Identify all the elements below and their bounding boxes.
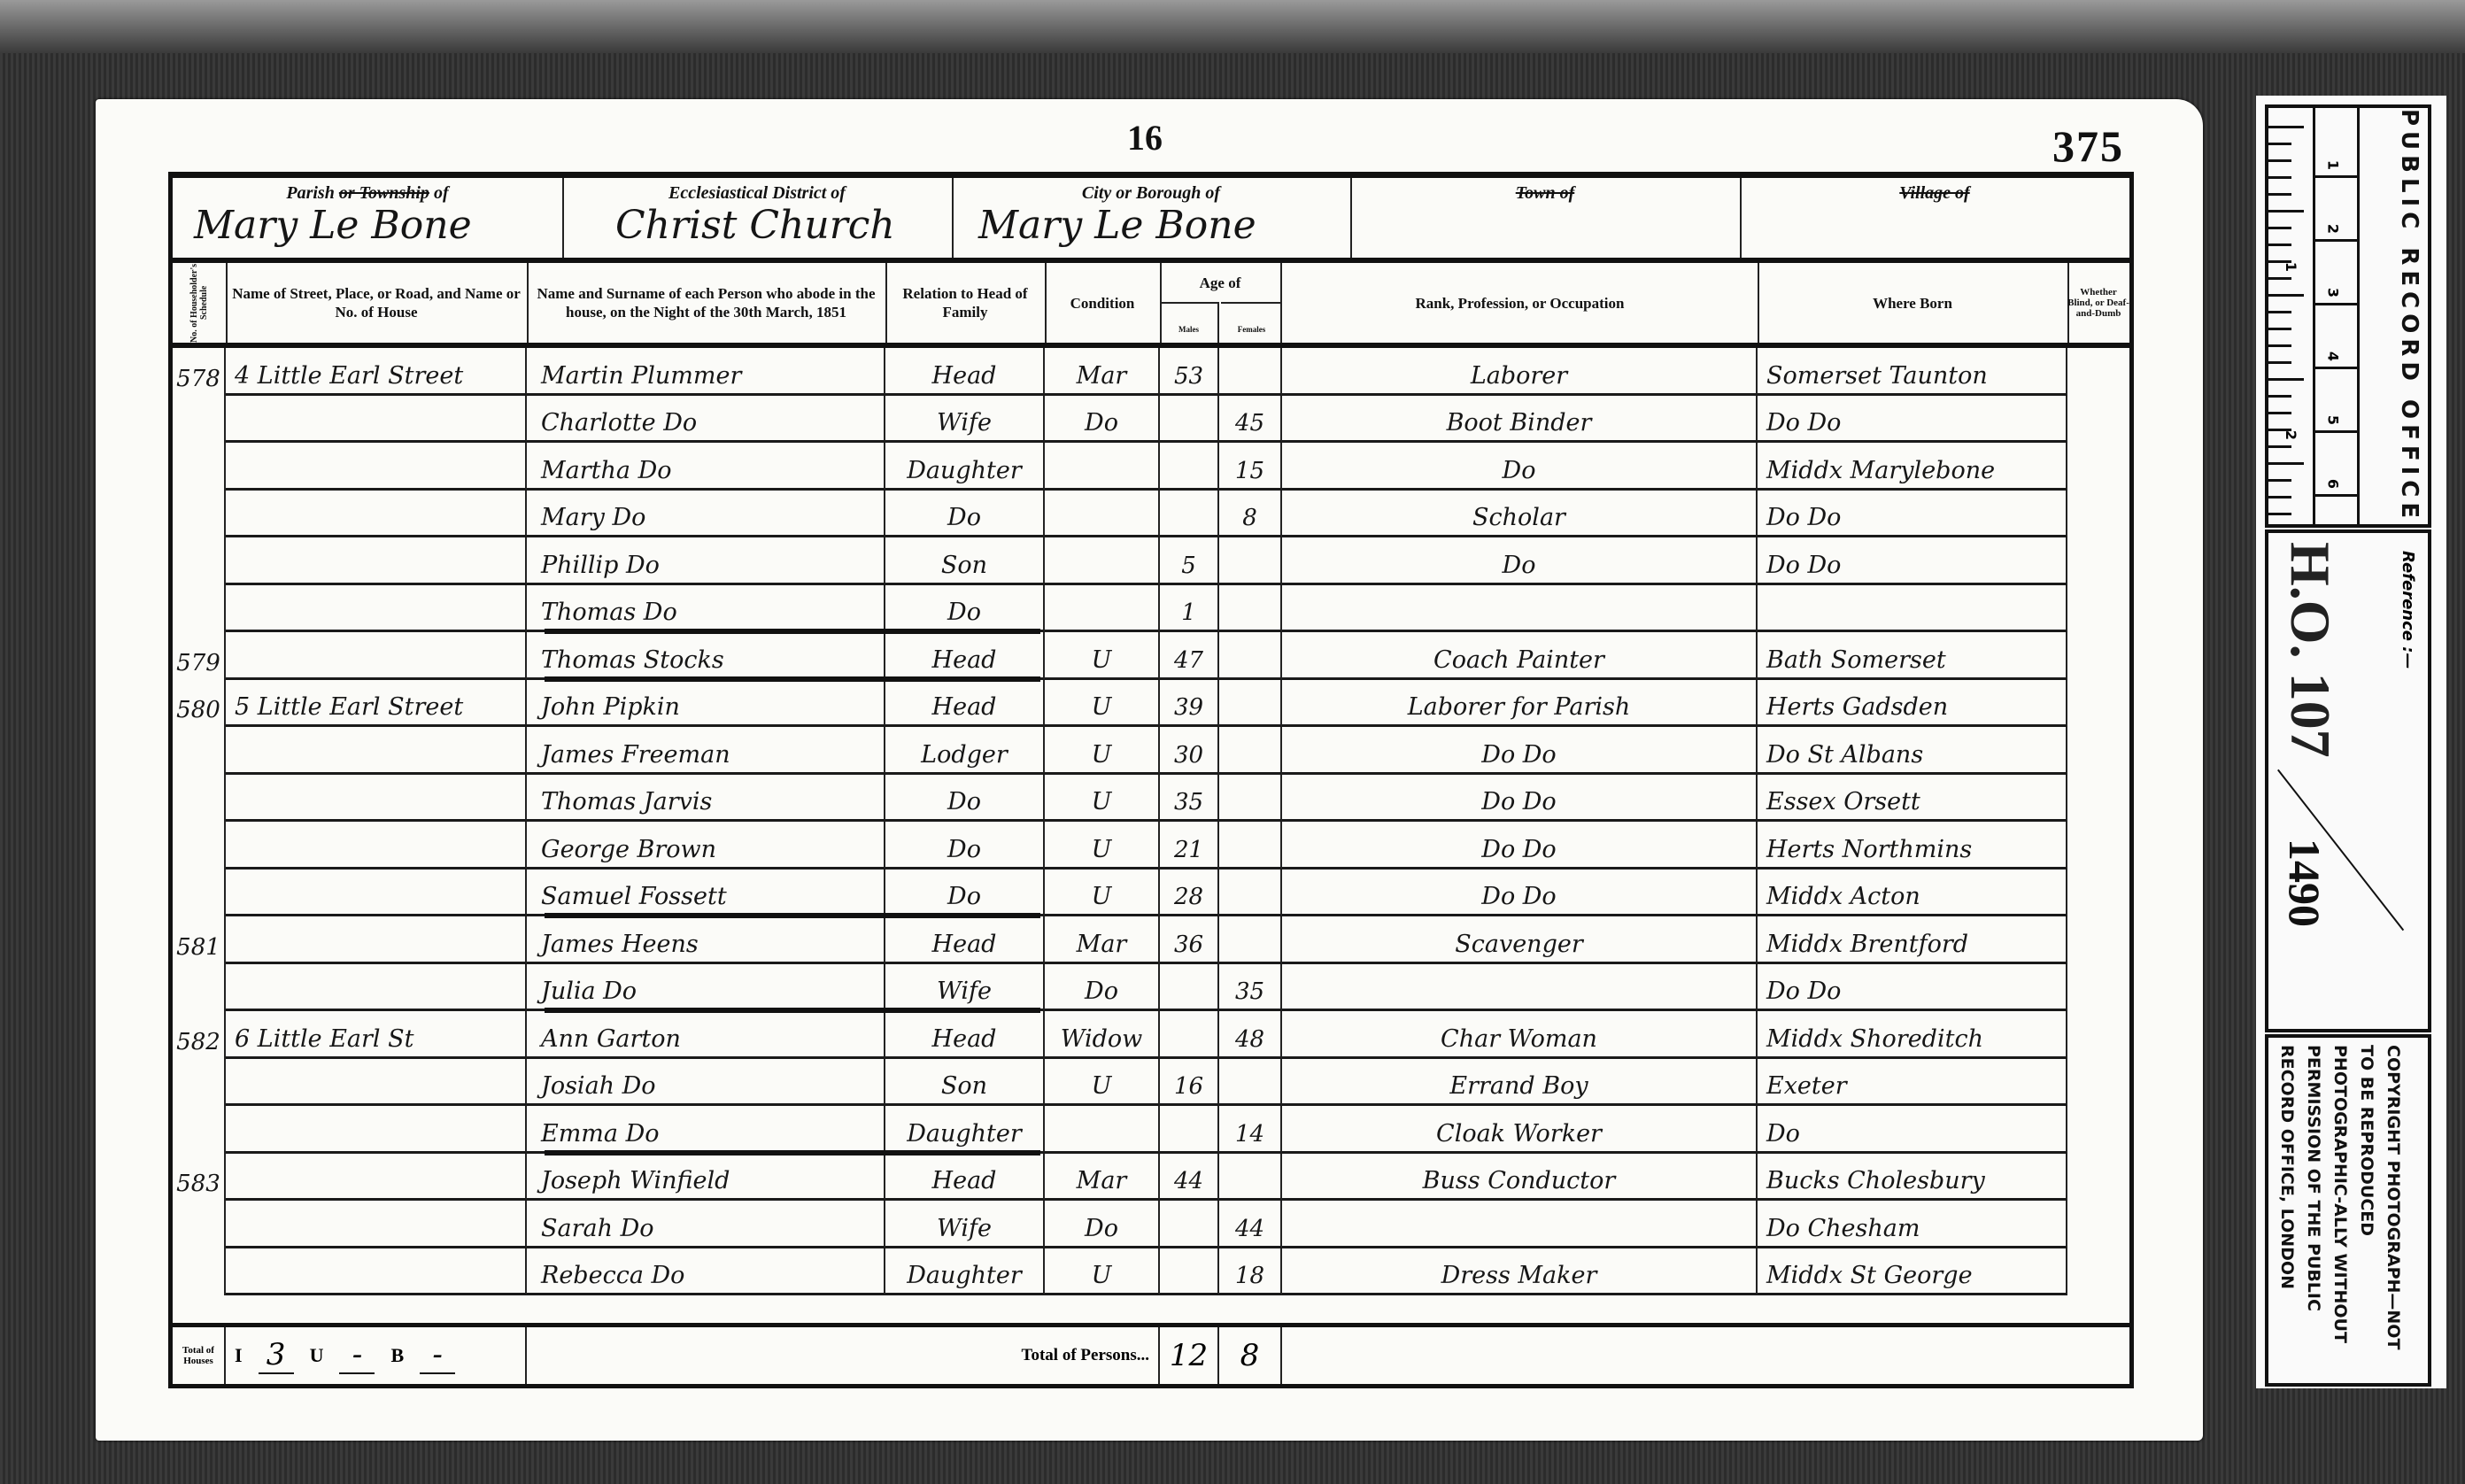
cm-mark: 5 [2325,407,2342,434]
cell-street [226,443,527,491]
printed-page-number: 16 [1127,117,1163,158]
total-houses-label: Total of Houses [173,1327,226,1384]
cell-street [226,396,527,444]
ruler-tick [2268,479,2291,482]
cell-occupation: Errand Boy [1282,1059,1758,1107]
cell-condition: U [1045,775,1160,823]
cell-age-f: 18 [1219,1248,1282,1296]
cell-age-m: 28 [1160,870,1219,917]
census-entries: 5784 Little Earl StreetMartin PlummerHea… [173,348,2129,1295]
cell-disability [2067,964,2129,1012]
cm-mark: 4 [2325,344,2342,370]
ruler-tick [2268,361,2291,364]
table-row: Mary DoDo8ScholarDo Do [173,491,2129,538]
cm-divider [2313,430,2357,433]
stamped-folio-number: 375 [2052,120,2124,172]
copyright-notice: COPYRIGHT PHOTOGRAPH—NOT TO BE REPRODUCE… [2265,1034,2431,1387]
cell-age-f: 48 [1219,1011,1282,1059]
cell-disability [2067,727,2129,775]
cell-relation: Daughter [885,1106,1045,1154]
table-row: Thomas JarvisDoU35Do DoEssex Orsett [173,775,2129,823]
cell-born: Essex Orsett [1758,775,2067,823]
cell-schedule [173,822,226,870]
cell-disability [2067,1106,2129,1154]
cell-age-m: 47 [1160,632,1219,680]
city-value: Mary Le Bone [978,203,1256,248]
cell-name: Samuel Fossett [527,870,885,917]
census-form: Parish or Township of Mary Le Bone Eccle… [168,172,2134,1388]
cell-occupation: Laborer [1282,348,1758,396]
cell-born: Bucks Cholesbury [1758,1154,2067,1202]
ruler-tick [2268,227,2291,229]
town-box: Town of [1350,178,1742,258]
cell-condition: Mar [1045,348,1160,396]
cell-name: Charlotte Do [527,396,885,444]
cell-disability [2067,1059,2129,1107]
col-born: Where Born [1758,263,2069,343]
col-schedule: No. of Householder's Schedule [173,263,228,343]
ruler-tick [2268,328,2291,330]
cell-relation: Daughter [885,1248,1045,1296]
cell-age-m: 36 [1160,916,1219,964]
cell-condition: U [1045,680,1160,728]
cell-born [1758,585,2067,633]
cell-name: Martin Plummer [527,348,885,396]
cell-name: Julia Do [527,964,885,1012]
cell-street [226,822,527,870]
total-males: 12 [1160,1327,1219,1384]
cell-born: Do Do [1758,491,2067,538]
cell-occupation [1282,585,1758,633]
cell-name: Martha Do [527,443,885,491]
cell-occupation: Do Do [1282,870,1758,917]
cell-age-f [1219,775,1282,823]
cell-street [226,870,527,917]
cell-age-f [1219,348,1282,396]
cell-disability [2067,443,2129,491]
cell-relation: Do [885,822,1045,870]
cell-relation: Lodger [885,727,1045,775]
cm-divider [2313,303,2357,305]
cell-name: Thomas Do [527,585,885,633]
cell-born: Do [1758,1106,2067,1154]
cell-age-f: 15 [1219,443,1282,491]
cm-mark: 1 [2325,152,2342,179]
cell-condition [1045,443,1160,491]
cell-age-f [1219,916,1282,964]
cell-relation: Wife [885,1201,1045,1248]
cell-name: George Brown [527,822,885,870]
cell-born: Do Do [1758,964,2067,1012]
cell-age-m [1160,396,1219,444]
cell-relation: Head [885,632,1045,680]
cell-condition: U [1045,727,1160,775]
cell-street [226,537,527,585]
cell-disability [2067,916,2129,964]
col-age-females: Females [1221,302,1282,343]
cell-schedule [173,1106,226,1154]
cell-born: Exeter [1758,1059,2067,1107]
cm-mark: 2 [2325,216,2342,243]
table-row: 583Joseph WinfieldHeadMar44Buss Conducto… [173,1154,2129,1202]
cm-divider [2313,239,2357,242]
inhabited-label: I [235,1344,243,1367]
cell-age-m: 35 [1160,775,1219,823]
totals-row: Total of Houses I 3 U - B - Total of Per… [173,1323,2129,1384]
ruler-tick [2268,126,2304,128]
cell-born: Somerset Taunton [1758,348,2067,396]
cell-relation: Head [885,916,1045,964]
table-row: Thomas DoDo1 [173,585,2129,633]
cell-condition: Do [1045,964,1160,1012]
table-row: 579Thomas StocksHeadU47Coach PainterBath… [173,632,2129,680]
ruler-tick [2268,496,2291,499]
cell-street: 5 Little Earl Street [226,680,527,728]
district-header: Parish or Township of Mary Le Bone Eccle… [173,178,2129,263]
cell-name: John Pipkin [527,680,885,728]
cell-disability [2067,348,2129,396]
cell-street [226,916,527,964]
cell-street [226,1059,527,1107]
reference-box: Reference :— H.O. 107 1490 [2265,529,2431,1032]
cell-age-f: 8 [1219,491,1282,538]
cell-schedule [173,727,226,775]
total-houses: I 3 U - B - [226,1327,527,1384]
cell-born: Herts Gadsden [1758,680,2067,728]
total-females: 8 [1219,1327,1282,1384]
ruler-tick [2268,193,2291,196]
cell-disability [2067,632,2129,680]
scale-ruler: PUBLIC RECORD OFFICE 12345612 [2265,104,2431,528]
parish-value: Mary Le Bone [194,203,472,248]
ruler-tick [2268,243,2291,246]
table-row: Phillip DoSon5DoDo Do [173,537,2129,585]
cell-occupation: Scholar [1282,491,1758,538]
ruler-tick [2268,176,2291,179]
cell-age-m: 30 [1160,727,1219,775]
ecclesiastical-box: Ecclesiastical District of Christ Church [562,178,954,258]
cell-age-f [1219,537,1282,585]
cell-schedule: 583 [173,1154,226,1202]
cell-street [226,585,527,633]
household-separator [545,676,1040,682]
cell-disability [2067,396,2129,444]
cell-schedule [173,964,226,1012]
cell-age-m: 39 [1160,680,1219,728]
cell-condition: Mar [1045,916,1160,964]
cell-relation: Son [885,1059,1045,1107]
cell-condition: U [1045,822,1160,870]
col-street: Name of Street, Place, or Road, and Name… [226,263,529,343]
cell-name: Josiah Do [527,1059,885,1107]
ruler-tick [2268,311,2291,313]
cell-street [226,491,527,538]
col-age: Age of Males Females [1160,263,1282,343]
ruler-tick [2268,294,2304,297]
table-row: Samuel FossettDoU28Do DoMiddx Acton [173,870,2129,917]
cell-schedule: 581 [173,916,226,964]
table-row: Martha DoDaughter15DoMiddx Marylebone [173,443,2129,491]
cell-disability [2067,1154,2129,1202]
cell-age-f [1219,632,1282,680]
table-row: Julia DoWifeDo35Do Do [173,964,2129,1012]
cell-born: Do St Albans [1758,727,2067,775]
record-office-title: PUBLIC RECORD OFFICE [2396,108,2422,524]
cell-age-f [1219,1154,1282,1202]
cell-schedule [173,396,226,444]
cell-street: 4 Little Earl Street [226,348,527,396]
cell-age-f [1219,870,1282,917]
cell-born: Do Do [1758,537,2067,585]
cell-schedule: 579 [173,632,226,680]
cell-name: Thomas Stocks [527,632,885,680]
cell-condition: Do [1045,396,1160,444]
cell-schedule [173,1059,226,1107]
ruler-tick [2268,378,2304,381]
copyright-text: COPYRIGHT PHOTOGRAPH—NOT TO BE REPRODUCE… [2274,1045,2407,1372]
cell-age-f: 44 [1219,1201,1282,1248]
cell-age-f: 45 [1219,396,1282,444]
cell-age-m [1160,964,1219,1012]
cell-name: Phillip Do [527,537,885,585]
ecclesiastical-label: Ecclesiastical District of [562,183,952,204]
cell-age-m: 44 [1160,1154,1219,1202]
cell-name: Sarah Do [527,1201,885,1248]
cell-disability [2067,870,2129,917]
cell-born: Middx St George [1758,1248,2067,1296]
reference-label: Reference :— [2399,551,2417,669]
cell-schedule [173,537,226,585]
cell-relation: Do [885,491,1045,538]
ruler-tick [2268,143,2291,145]
village-box: Village of [1740,178,2129,258]
city-box: City or Borough of Mary Le Bone [952,178,1352,258]
table-row: George BrownDoU21Do DoHerts Northmins [173,822,2129,870]
cell-age-m: 5 [1160,537,1219,585]
ruler-tick [2268,412,2291,414]
cell-age-f [1219,727,1282,775]
cell-street [226,1154,527,1202]
cell-condition: Widow [1045,1011,1160,1059]
cell-age-m [1160,1011,1219,1059]
cell-schedule: 582 [173,1011,226,1059]
scan-background [0,0,2465,53]
ruler-tick [2268,344,2291,347]
village-label: Village of [1740,183,2129,204]
cell-age-m [1160,1248,1219,1296]
cell-disability [2067,537,2129,585]
col-disability: Whether Blind, or Deaf-and-Dumb [2067,263,2129,343]
cell-occupation: Coach Painter [1282,632,1758,680]
cell-name: James Freeman [527,727,885,775]
cell-occupation: Do Do [1282,822,1758,870]
col-name: Name and Surname of each Person who abod… [527,263,887,343]
cell-age-m [1160,491,1219,538]
household-separator [545,1150,1040,1156]
cell-condition: U [1045,1059,1160,1107]
cell-street [226,1201,527,1248]
cell-age-f [1219,1059,1282,1107]
cell-schedule [173,585,226,633]
cell-occupation: Char Woman [1282,1011,1758,1059]
cell-name: Emma Do [527,1106,885,1154]
col-occupation: Rank, Profession, or Occupation [1282,263,1759,343]
cell-disability [2067,775,2129,823]
table-row: Charlotte DoWifeDo45Boot BinderDo Do [173,396,2129,444]
cell-age-m: 1 [1160,585,1219,633]
inch-mark: 2 [2283,430,2299,440]
cm-mark: 3 [2325,280,2342,306]
cell-age-m [1160,1201,1219,1248]
cell-relation: Do [885,775,1045,823]
cell-condition [1045,1106,1160,1154]
cell-name: Mary Do [527,491,885,538]
col-condition: Condition [1045,263,1162,343]
uninhabited-value: - [339,1337,375,1374]
cell-disability [2067,585,2129,633]
cell-condition: Do [1045,1201,1160,1248]
cell-born: Herts Northmins [1758,822,2067,870]
cell-occupation: Laborer for Parish [1282,680,1758,728]
cm-divider [2313,367,2357,369]
cell-relation: Wife [885,964,1045,1012]
cm-divider [2313,494,2357,497]
cell-schedule: 578 [173,348,226,396]
cell-age-f [1219,822,1282,870]
table-row: James FreemanLodgerU30Do DoDo St Albans [173,727,2129,775]
cell-occupation: Scavenger [1282,916,1758,964]
cell-age-m: 53 [1160,348,1219,396]
cell-disability [2067,822,2129,870]
ruler-tick [2268,159,2291,162]
cell-age-f: 14 [1219,1106,1282,1154]
cell-disability [2067,680,2129,728]
cell-schedule [173,775,226,823]
cell-name: Ann Garton [527,1011,885,1059]
cell-occupation: Do [1282,537,1758,585]
parish-label: Parish or Township of [173,183,562,204]
cell-street: 6 Little Earl St [226,1011,527,1059]
cell-occupation: Do Do [1282,775,1758,823]
cell-age-m: 21 [1160,822,1219,870]
cell-relation: Daughter [885,443,1045,491]
cell-occupation: Cloak Worker [1282,1106,1758,1154]
cell-schedule [173,443,226,491]
reference-strip: PUBLIC RECORD OFFICE 12345612 Reference … [2256,96,2446,1388]
column-headers: No. of Householder's Schedule Name of St… [173,263,2129,348]
household-separator [545,913,1040,918]
total-persons-label: Total of Persons... [527,1327,1160,1384]
cell-name: James Heens [527,916,885,964]
cell-relation: Do [885,870,1045,917]
ecclesiastical-value: Christ Church [615,203,895,248]
cell-occupation: Boot Binder [1282,396,1758,444]
cell-disability [2067,1248,2129,1296]
census-page: 16 375 Parish or Township of Mary Le Bon… [96,99,2203,1441]
cell-name: Joseph Winfield [527,1154,885,1202]
cell-disability [2067,1201,2129,1248]
cell-street [226,1106,527,1154]
cell-schedule: 580 [173,680,226,728]
table-row: 5826 Little Earl StAnn GartonHeadWidow48… [173,1011,2129,1059]
building-label: B [390,1344,404,1367]
cell-schedule [173,870,226,917]
cell-street [226,775,527,823]
cell-schedule [173,491,226,538]
cell-age-f [1219,585,1282,633]
cell-age-f: 35 [1219,964,1282,1012]
household-separator [545,629,1040,634]
cell-relation: Wife [885,396,1045,444]
cell-schedule [173,1201,226,1248]
cell-name: Thomas Jarvis [527,775,885,823]
cell-condition [1045,537,1160,585]
cell-age-m [1160,443,1219,491]
cell-born: Bath Somerset [1758,632,2067,680]
ruler-tick [2268,462,2304,465]
cell-relation: Head [885,1154,1045,1202]
cell-relation: Do [885,585,1045,633]
table-row: Emma DoDaughter14Cloak WorkerDo [173,1106,2129,1154]
cell-street [226,727,527,775]
cm-divider [2313,175,2357,178]
cell-condition: U [1045,870,1160,917]
cell-occupation: Dress Maker [1282,1248,1758,1296]
ruler-tick [2268,277,2291,280]
table-row: 5805 Little Earl StreetJohn PipkinHeadU3… [173,680,2129,728]
cell-street [226,1248,527,1296]
cell-relation: Head [885,1011,1045,1059]
cell-occupation [1282,1201,1758,1248]
cell-age-m: 16 [1160,1059,1219,1107]
cell-occupation: Do Do [1282,727,1758,775]
cell-age-m [1160,1106,1219,1154]
household-separator [545,1008,1040,1013]
cell-relation: Head [885,348,1045,396]
town-label: Town of [1350,183,1740,204]
cell-relation: Head [885,680,1045,728]
cell-condition: U [1045,632,1160,680]
cell-condition: Mar [1045,1154,1160,1202]
cell-disability [2067,491,2129,538]
city-label: City or Borough of [952,183,1350,204]
inhabited-value: 3 [259,1337,294,1374]
cell-condition: U [1045,1248,1160,1296]
cell-disability [2067,1011,2129,1059]
cell-born: Middx Brentford [1758,916,2067,964]
cell-condition [1045,585,1160,633]
parish-box: Parish or Township of Mary Le Bone [173,178,564,258]
col-relation: Relation to Head of Family [885,263,1047,343]
reference-piece: 1490 [2279,839,2330,927]
cell-born: Middx Marylebone [1758,443,2067,491]
table-row: Rebecca DoDaughterU18Dress MakerMiddx St… [173,1248,2129,1296]
inch-mark: 1 [2283,262,2299,272]
col-age-males: Males [1160,302,1219,343]
building-value: - [420,1337,455,1374]
cm-mark: 6 [2325,471,2342,498]
cell-schedule [173,1248,226,1296]
cell-occupation: Buss Conductor [1282,1154,1758,1202]
ruler-tick [2268,445,2291,448]
cell-relation: Son [885,537,1045,585]
cell-street [226,632,527,680]
cell-street [226,964,527,1012]
reference-series: H.O. 107 [2277,542,2343,758]
cell-age-f [1219,680,1282,728]
cell-name: Rebecca Do [527,1248,885,1296]
cell-born: Middx Shoreditch [1758,1011,2067,1059]
